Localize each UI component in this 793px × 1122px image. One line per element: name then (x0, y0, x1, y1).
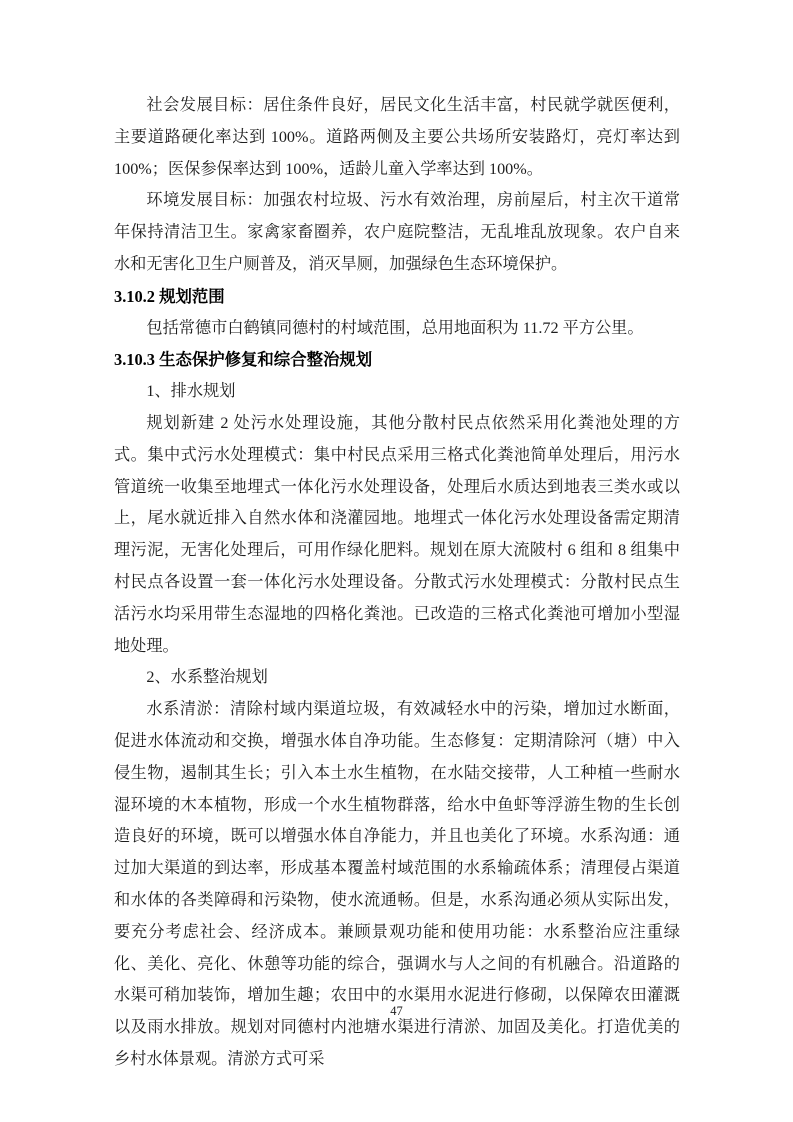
paragraph-sewage-treatment: 规划新建 2 处污水处理设施，其他分散村民点依然采用化粪池处理的方式。集中式污水… (114, 408, 680, 662)
paragraph-planning-scope: 包括常德市白鹤镇同德村的村域范围，总用地面积为 11.72 平方公里。 (114, 313, 680, 345)
paragraph-environment-development-goals: 环境发展目标：加强农村垃圾、污水有效治理，房前屋后，村主次干道常年保持清洁卫生。… (114, 185, 680, 280)
section-heading-3-10-3-ecological-protection: 3.10.3 生态保护修复和综合整治规划 (114, 344, 680, 376)
page-number: 47 (0, 1004, 793, 1019)
section-heading-3-10-2-planning-scope: 3.10.2 规划范围 (114, 281, 680, 313)
paragraph-social-development-goals: 社会发展目标：居住条件良好，居民文化生活丰富，村民就学就医便利，主要道路硬化率达… (114, 90, 680, 185)
document-body: 社会发展目标：居住条件良好，居民文化生活丰富，村民就学就医便利，主要道路硬化率达… (114, 90, 680, 1076)
document-page: 社会发展目标：居住条件良好，居民文化生活丰富，村民就学就医便利，主要道路硬化率达… (0, 0, 793, 1122)
subitem-drainage-planning: 1、排水规划 (114, 376, 680, 408)
subitem-water-system-regulation: 2、水系整治规划 (114, 662, 680, 694)
